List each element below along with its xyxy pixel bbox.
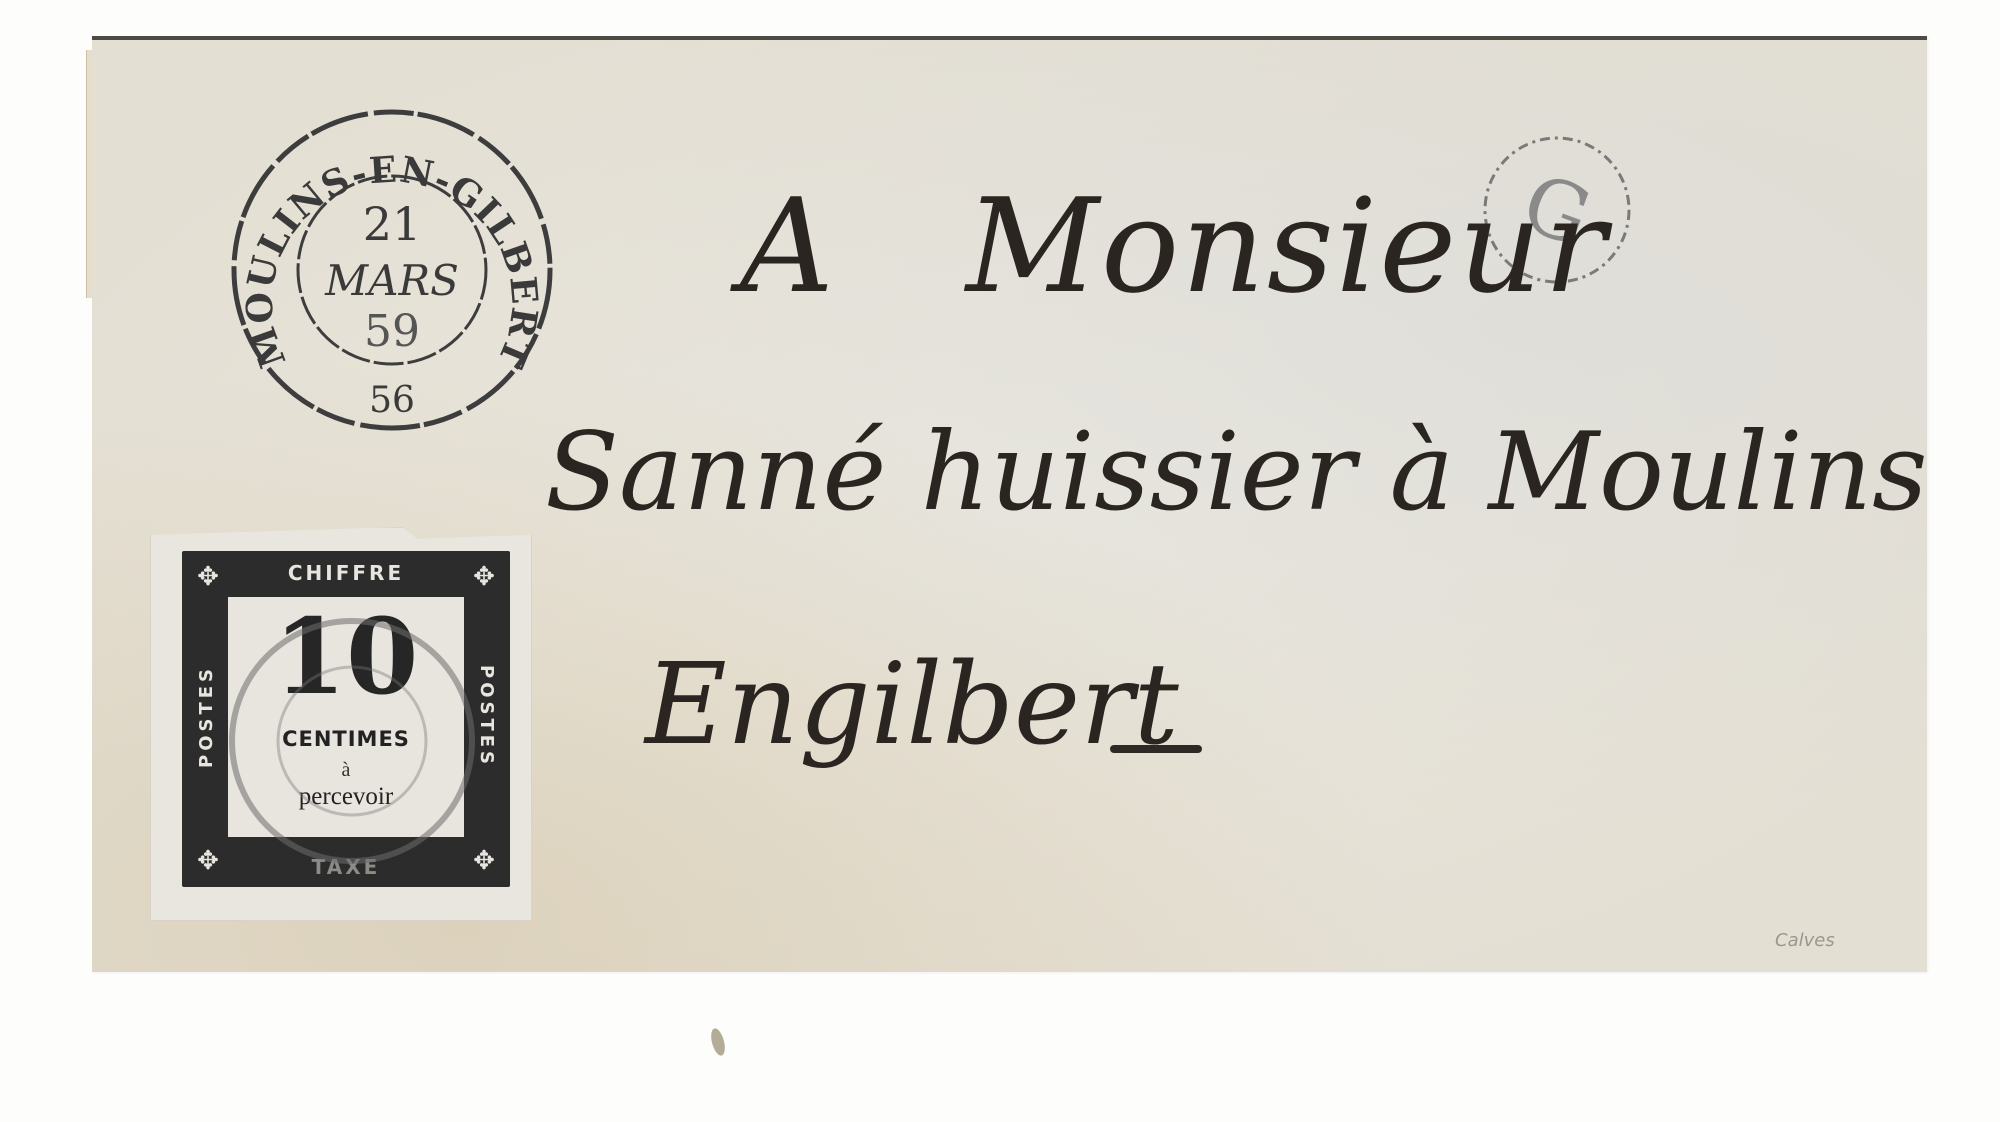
circular-date-postmark: MOULINS-EN-GILBERT 21 MARS 59 56 MOULINS… xyxy=(222,100,562,440)
svg-text:56: 56 xyxy=(369,380,415,421)
stamp-value: 10 xyxy=(228,605,464,709)
stamp-bottom-label: TAXE xyxy=(262,855,430,879)
address-line-3: Engilbert xyxy=(645,640,1179,770)
address-underline-dash xyxy=(1110,745,1202,753)
stamp-connector: à xyxy=(228,759,464,782)
svg-text:MARS: MARS xyxy=(324,256,459,305)
ornament-icon: ✥ xyxy=(464,841,504,881)
ornament-icon: ✥ xyxy=(188,841,228,881)
stamp-right-label: POSTES xyxy=(466,611,506,821)
address-line-2: Sanné huissier à Moulins xyxy=(545,410,1928,535)
svg-text:59: 59 xyxy=(364,306,420,357)
stamp-left-label: POSTES xyxy=(186,611,226,821)
address-title: Monsieur xyxy=(966,170,1608,322)
stamp-top-label: CHIFFRE xyxy=(262,561,430,585)
address-line-1: A Monsieur xyxy=(740,170,1608,322)
postage-due-stamp: ✥ ✥ ✥ ✥ CHIFFRE TAXE POSTES POSTES 10 CE… xyxy=(182,551,510,887)
stamp-unit: CENTIMES xyxy=(228,727,464,751)
paper-speck xyxy=(709,1027,728,1057)
svg-text:21: 21 xyxy=(363,197,422,251)
ornament-icon: ✥ xyxy=(464,557,504,597)
dealer-handstamp: Calves xyxy=(1775,930,1835,951)
address-prefix: A xyxy=(740,170,836,322)
stamp-center-panel: 10 CENTIMES à percevoir xyxy=(228,597,464,837)
ornament-icon: ✥ xyxy=(188,557,228,597)
stamp-purpose: percevoir xyxy=(228,783,464,811)
